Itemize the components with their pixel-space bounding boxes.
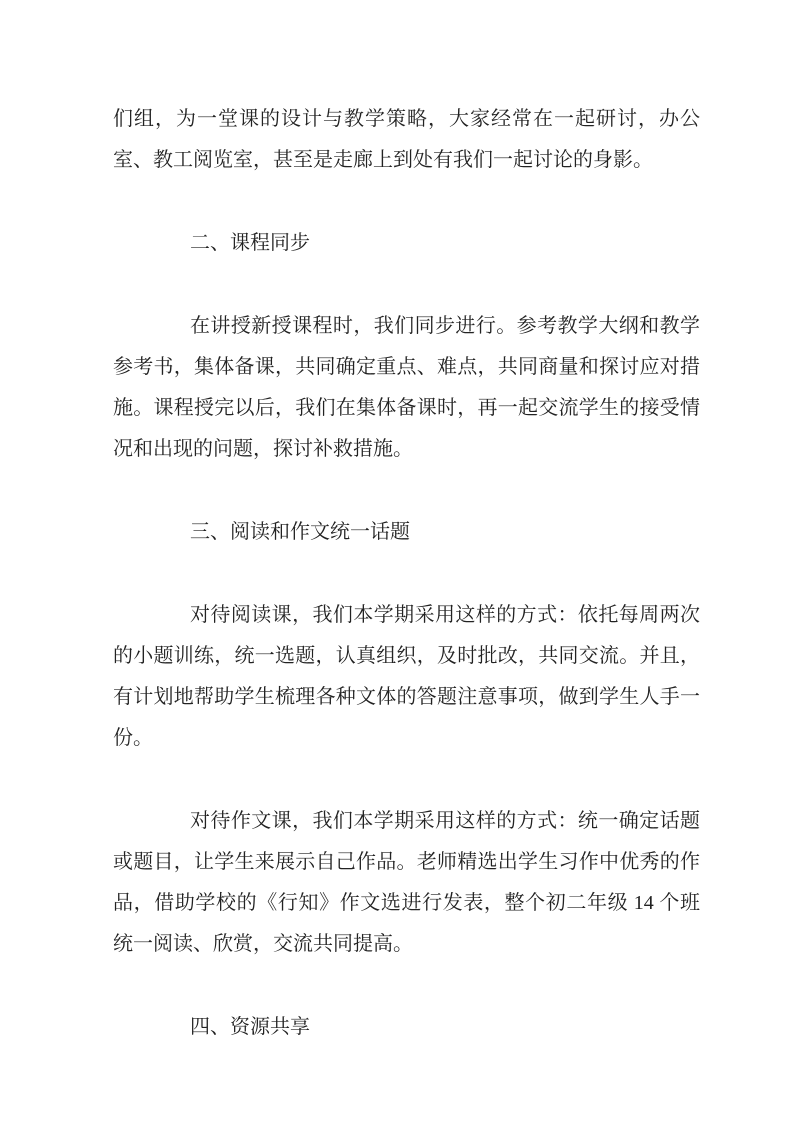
- paragraph-continuation: 们组，为一堂课的设计与教学策略，大家经常在一起研讨，办公室、教工阅览室，甚至是走…: [113, 99, 700, 181]
- document-page: 们组，为一堂课的设计与教学策略，大家经常在一起研讨，办公室、教工阅览室，甚至是走…: [0, 0, 793, 1122]
- section-heading-2: 二、课程同步: [113, 223, 700, 264]
- section-heading-4: 四、资源共享: [113, 1007, 700, 1048]
- document-content: 们组，为一堂课的设计与教学策略，大家经常在一起研讨，办公室、教工阅览室，甚至是走…: [0, 0, 793, 1048]
- section-heading-3: 三、阅读和作文统一话题: [113, 512, 700, 553]
- paragraph: 对待作文课，我们本学期采用这样的方式：统一确定话题或题目，让学生来展示自己作品。…: [113, 801, 700, 965]
- paragraph: 在讲授新授课程时，我们同步进行。参考教学大纲和教学参考书，集体备课，共同确定重点…: [113, 306, 700, 470]
- paragraph: 对待阅读课，我们本学期采用这样的方式：依托每周两次的小题训练，统一选题，认真组织…: [113, 595, 700, 759]
